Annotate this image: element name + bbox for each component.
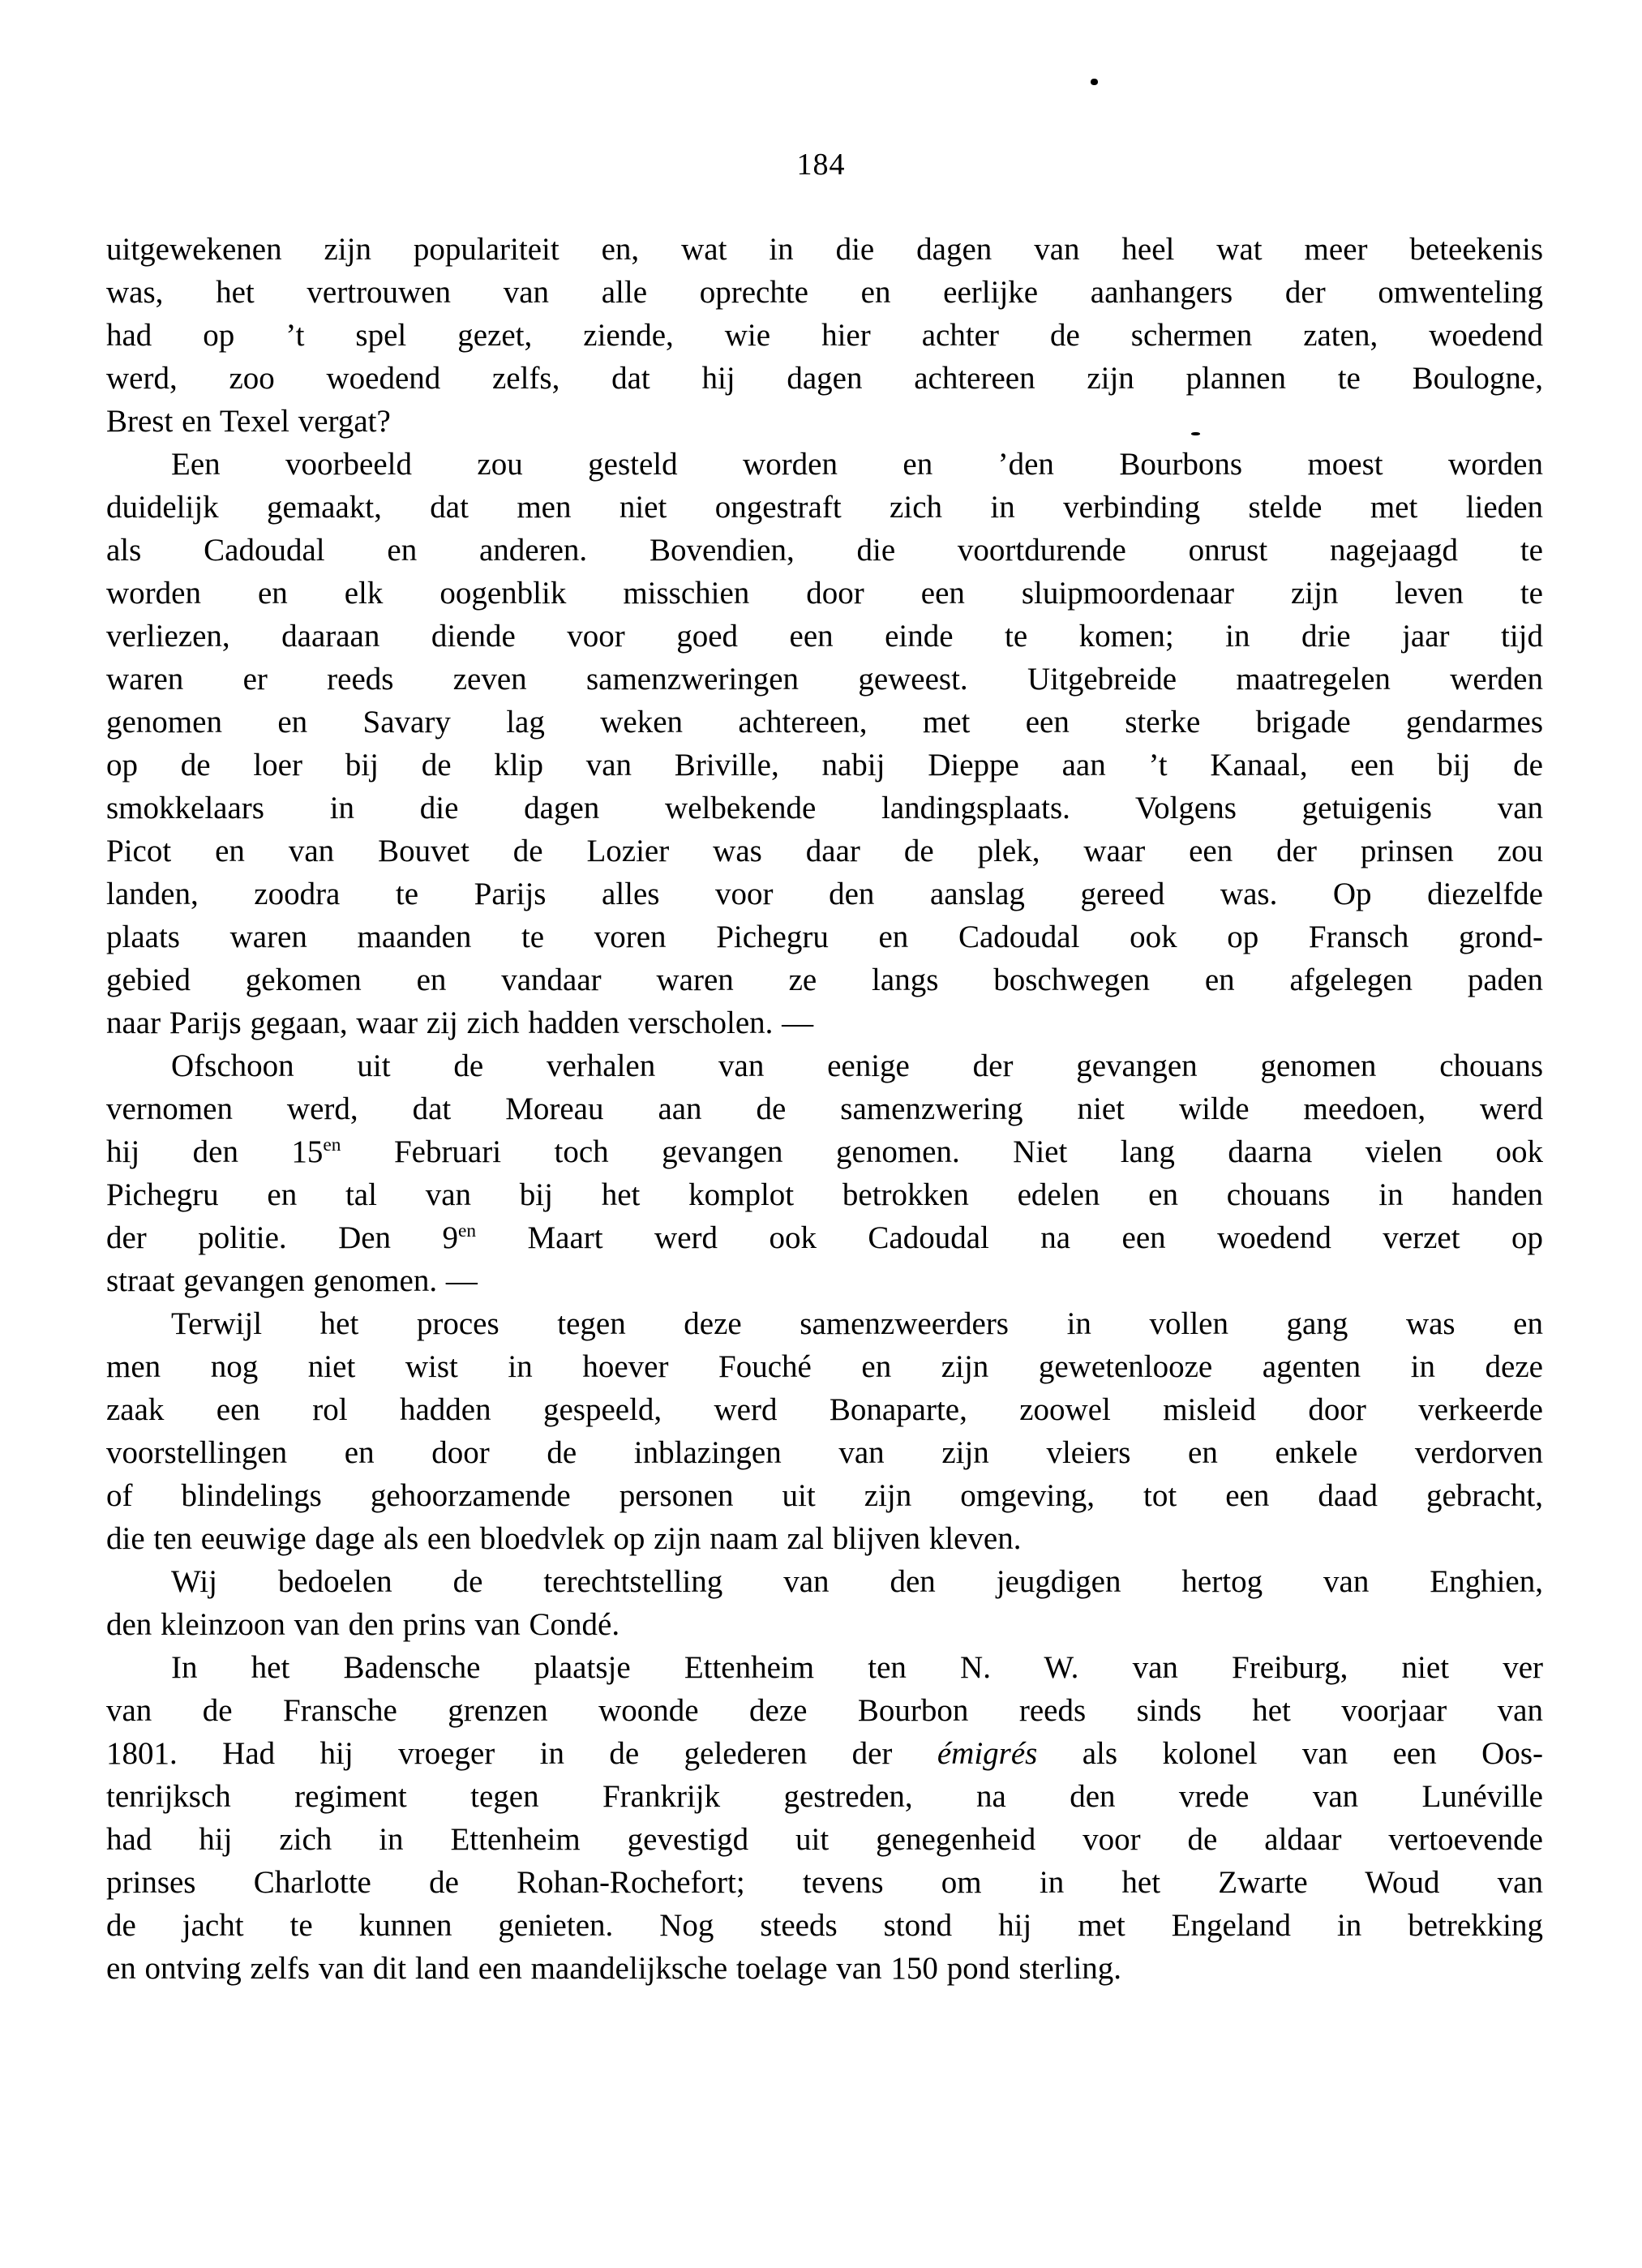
text-line: duidelijk gemaakt, dat men niet ongestra… [106,486,1543,529]
text-line: Pichegru en tal van bij het komplot betr… [106,1173,1543,1216]
text-line: Brest en Texel vergat? [106,400,1543,443]
text-line: den kleinzoon van den prins van Condé. [106,1603,1543,1646]
text-line: prinses Charlotte de Rohan-Rochefort; te… [106,1861,1543,1904]
text-line: Een voorbeeld zou gesteld worden en ’den… [106,443,1543,486]
text-line: of blindelings gehoorzamende personen ui… [106,1474,1543,1517]
text-line: Ofschoon uit de verhalen van eenige der … [106,1044,1543,1087]
text-line: de jacht te kunnen genieten. Nog steeds … [106,1904,1543,1947]
text-line: voorstellingen en door de inblazingen va… [106,1431,1543,1474]
text-line: tenrijksch regiment tegen Frankrijk gest… [106,1775,1543,1818]
text-line: en ontving zelfs van dit land een maande… [106,1947,1543,1990]
text-block: uitgewekenen zijn populariteit en, wat i… [106,228,1543,1990]
text-line: Terwijl het proces tegen deze samenzweer… [106,1302,1543,1345]
text-line: men nog niet wist in hoever Fouché en zi… [106,1345,1543,1388]
text-line: als Cadoudal en anderen. Bovendien, die … [106,529,1543,572]
ink-speck [1091,79,1098,85]
text-line: werd, zoo woedend zelfs, dat hij dagen a… [106,357,1543,400]
page-number: 184 [0,148,1642,181]
text-line: waren er reeds zeven samenzweringen gewe… [106,658,1543,701]
ink-speck [1191,432,1200,435]
text-line: was, het vertrouwen van alle oprechte en… [106,271,1543,314]
text-line: smokkelaars in die dagen welbekende land… [106,787,1543,830]
book-page: 184 uitgewekenen zijn populariteit en, w… [0,0,1642,2268]
text-line: die ten eeuwige dage als een bloedvlek o… [106,1517,1543,1560]
text-line: Wij bedoelen de terechtstelling van den … [106,1560,1543,1603]
text-line: worden en elk oogenblik misschien door e… [106,572,1543,615]
text-line: Picot en van Bouvet de Lozier was daar d… [106,830,1543,872]
text-line: straat gevangen genomen. — [106,1259,1543,1302]
text-line: van de Fransche grenzen woonde deze Bour… [106,1689,1543,1732]
text-line: landen, zoodra te Parijs alles voor den … [106,872,1543,915]
text-line: In het Badensche plaatsje Ettenheim ten … [106,1646,1543,1689]
text-line: genomen en Savary lag weken achtereen, m… [106,701,1543,744]
text-line: zaak een rol hadden gespeeld, werd Bonap… [106,1388,1543,1431]
text-line: vernomen werd, dat Moreau aan de samenzw… [106,1087,1543,1130]
text-line: verliezen, daaraan diende voor goed een … [106,615,1543,658]
text-line: hij den 15en Februari toch gevangen geno… [106,1130,1543,1173]
text-line: gebied gekomen en vandaar waren ze langs… [106,958,1543,1001]
text-line: plaats waren maanden te voren Pichegru e… [106,915,1543,958]
text-line: 1801. Had hij vroeger in de gelederen de… [106,1732,1543,1775]
text-line: der politie. Den 9en Maart werd ook Cado… [106,1216,1543,1259]
text-line: uitgewekenen zijn populariteit en, wat i… [106,228,1543,271]
text-line: had hij zich in Ettenheim gevestigd uit … [106,1818,1543,1861]
text-line: had op ’t spel gezet, ziende, wie hier a… [106,314,1543,357]
text-line: naar Parijs gegaan, waar zij zich hadden… [106,1001,1543,1044]
text-line: op de loer bij de klip van Briville, nab… [106,744,1543,787]
